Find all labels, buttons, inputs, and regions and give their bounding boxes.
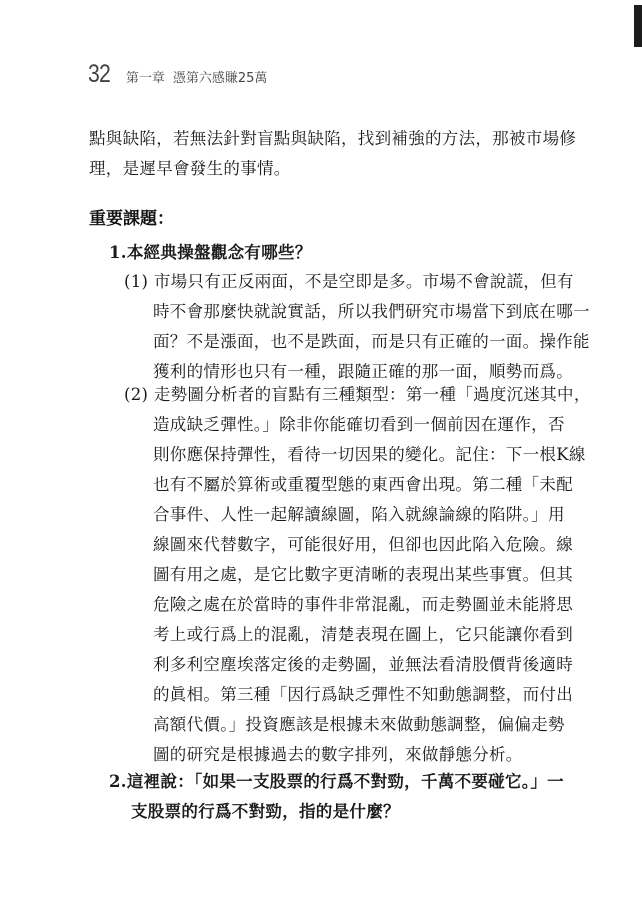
item-line: 圖有用之處，是它比數字更清晰的表現出某些事實。但其 xyxy=(124,560,591,590)
item-line: 市場只有正反兩面，不是空即是多。市場不會說謊，但有 xyxy=(154,272,574,291)
item-line: 面？不是漲面，也不是跌面，而是只有正確的一面。操作能 xyxy=(124,327,590,357)
question-first-line: 2.這裡說：「如果一支股票的行爲不對勁，千萬不要碰它。」一 xyxy=(109,767,564,797)
item-line: 圖的研究是根據過去的數字排列，來做靜態分析。 xyxy=(124,740,591,770)
item-line: 走勢圖分析者的盲點有三種類型：第一種「過度沉迷其中， xyxy=(154,385,591,404)
question-2: 2.這裡說：「如果一支股票的行爲不對勁，千萬不要碰它。」一 支股票的行爲不對勁，… xyxy=(109,767,564,827)
intro-paragraph: 點與缺陷，若無法針對盲點與缺陷，找到補強的方法，那被市場修 理，是遲早會發生的事… xyxy=(89,124,576,184)
question-number: 1. xyxy=(109,243,127,262)
item-line: 線圖來代替數字，可能很好用，但卻也因此陷入危險。線 xyxy=(124,530,591,560)
question-1: 1.本經典操盤觀念有哪些？ xyxy=(109,238,312,268)
item-line: 合事件、人性一起解讀線圖，陷入就線論線的陷阱。」用 xyxy=(124,500,591,530)
paragraph-line: 理，是遲早會發生的事情。 xyxy=(89,154,576,184)
chapter-title: 第一章憑第六感賺25萬 xyxy=(126,67,268,86)
paragraph-line: 點與缺陷，若無法針對盲點與缺陷，找到補強的方法，那被市場修 xyxy=(89,124,576,154)
item-line: 利多利空塵埃落定後的走勢圖，並無法看清股價背後適時 xyxy=(124,650,591,680)
item-first-line: (1) 市場只有正反兩面，不是空即是多。市場不會說謊，但有 xyxy=(124,267,590,297)
item-line: 考上或行爲上的混亂，清楚表現在圖上，它只能讓你看到 xyxy=(124,620,591,650)
item-first-line: (2) 走勢圖分析者的盲點有三種類型：第一種「過度沉迷其中， xyxy=(124,380,591,410)
chapter-label: 第一章 xyxy=(126,71,165,86)
question-line: 這裡說：「如果一支股票的行爲不對勁，千萬不要碰它。」一 xyxy=(127,772,564,791)
question-number: 2. xyxy=(109,772,127,791)
running-head: 32 第一章憑第六感賺25萬 xyxy=(88,60,267,89)
section-heading: 重要課題： xyxy=(89,206,174,232)
item-marker: (1) xyxy=(124,272,148,291)
question-1-item-2: (2) 走勢圖分析者的盲點有三種類型：第一種「過度沉迷其中， 造成缺乏彈性。」除… xyxy=(124,380,591,770)
item-line: 時不會那麼快就說實話，所以我們研究市場當下到底在哪一 xyxy=(124,297,590,327)
item-marker: (2) xyxy=(124,385,148,404)
item-line: 則你應保持彈性，看待一切因果的變化。記住：下一根K線 xyxy=(124,440,591,470)
question-line: 支股票的行爲不對勁，指的是什麼？ xyxy=(109,797,564,827)
page-edge-tab xyxy=(634,5,642,47)
question-1-item-1: (1) 市場只有正反兩面，不是空即是多。市場不會說謊，但有 時不會那麼快就說實話… xyxy=(124,267,590,387)
item-line: 危險之處在於當時的事件非常混亂，而走勢圖並未能將思 xyxy=(124,590,591,620)
item-line: 也有不屬於算術或重覆型態的東西會出現。第二種「未配 xyxy=(124,470,591,500)
page-number: 32 xyxy=(88,60,110,89)
question-title: 本經典操盤觀念有哪些？ xyxy=(127,243,312,262)
item-line: 造成缺乏彈性。」除非你能確切看到一個前因在運作，否 xyxy=(124,410,591,440)
item-line: 的眞相。第三種「因行爲缺乏彈性不知動態調整，而付出 xyxy=(124,680,591,710)
item-line: 高額代價。」投資應該是根據未來做動態調整，偏偏走勢 xyxy=(124,710,591,740)
chapter-name: 憑第六感賺25萬 xyxy=(173,71,268,86)
